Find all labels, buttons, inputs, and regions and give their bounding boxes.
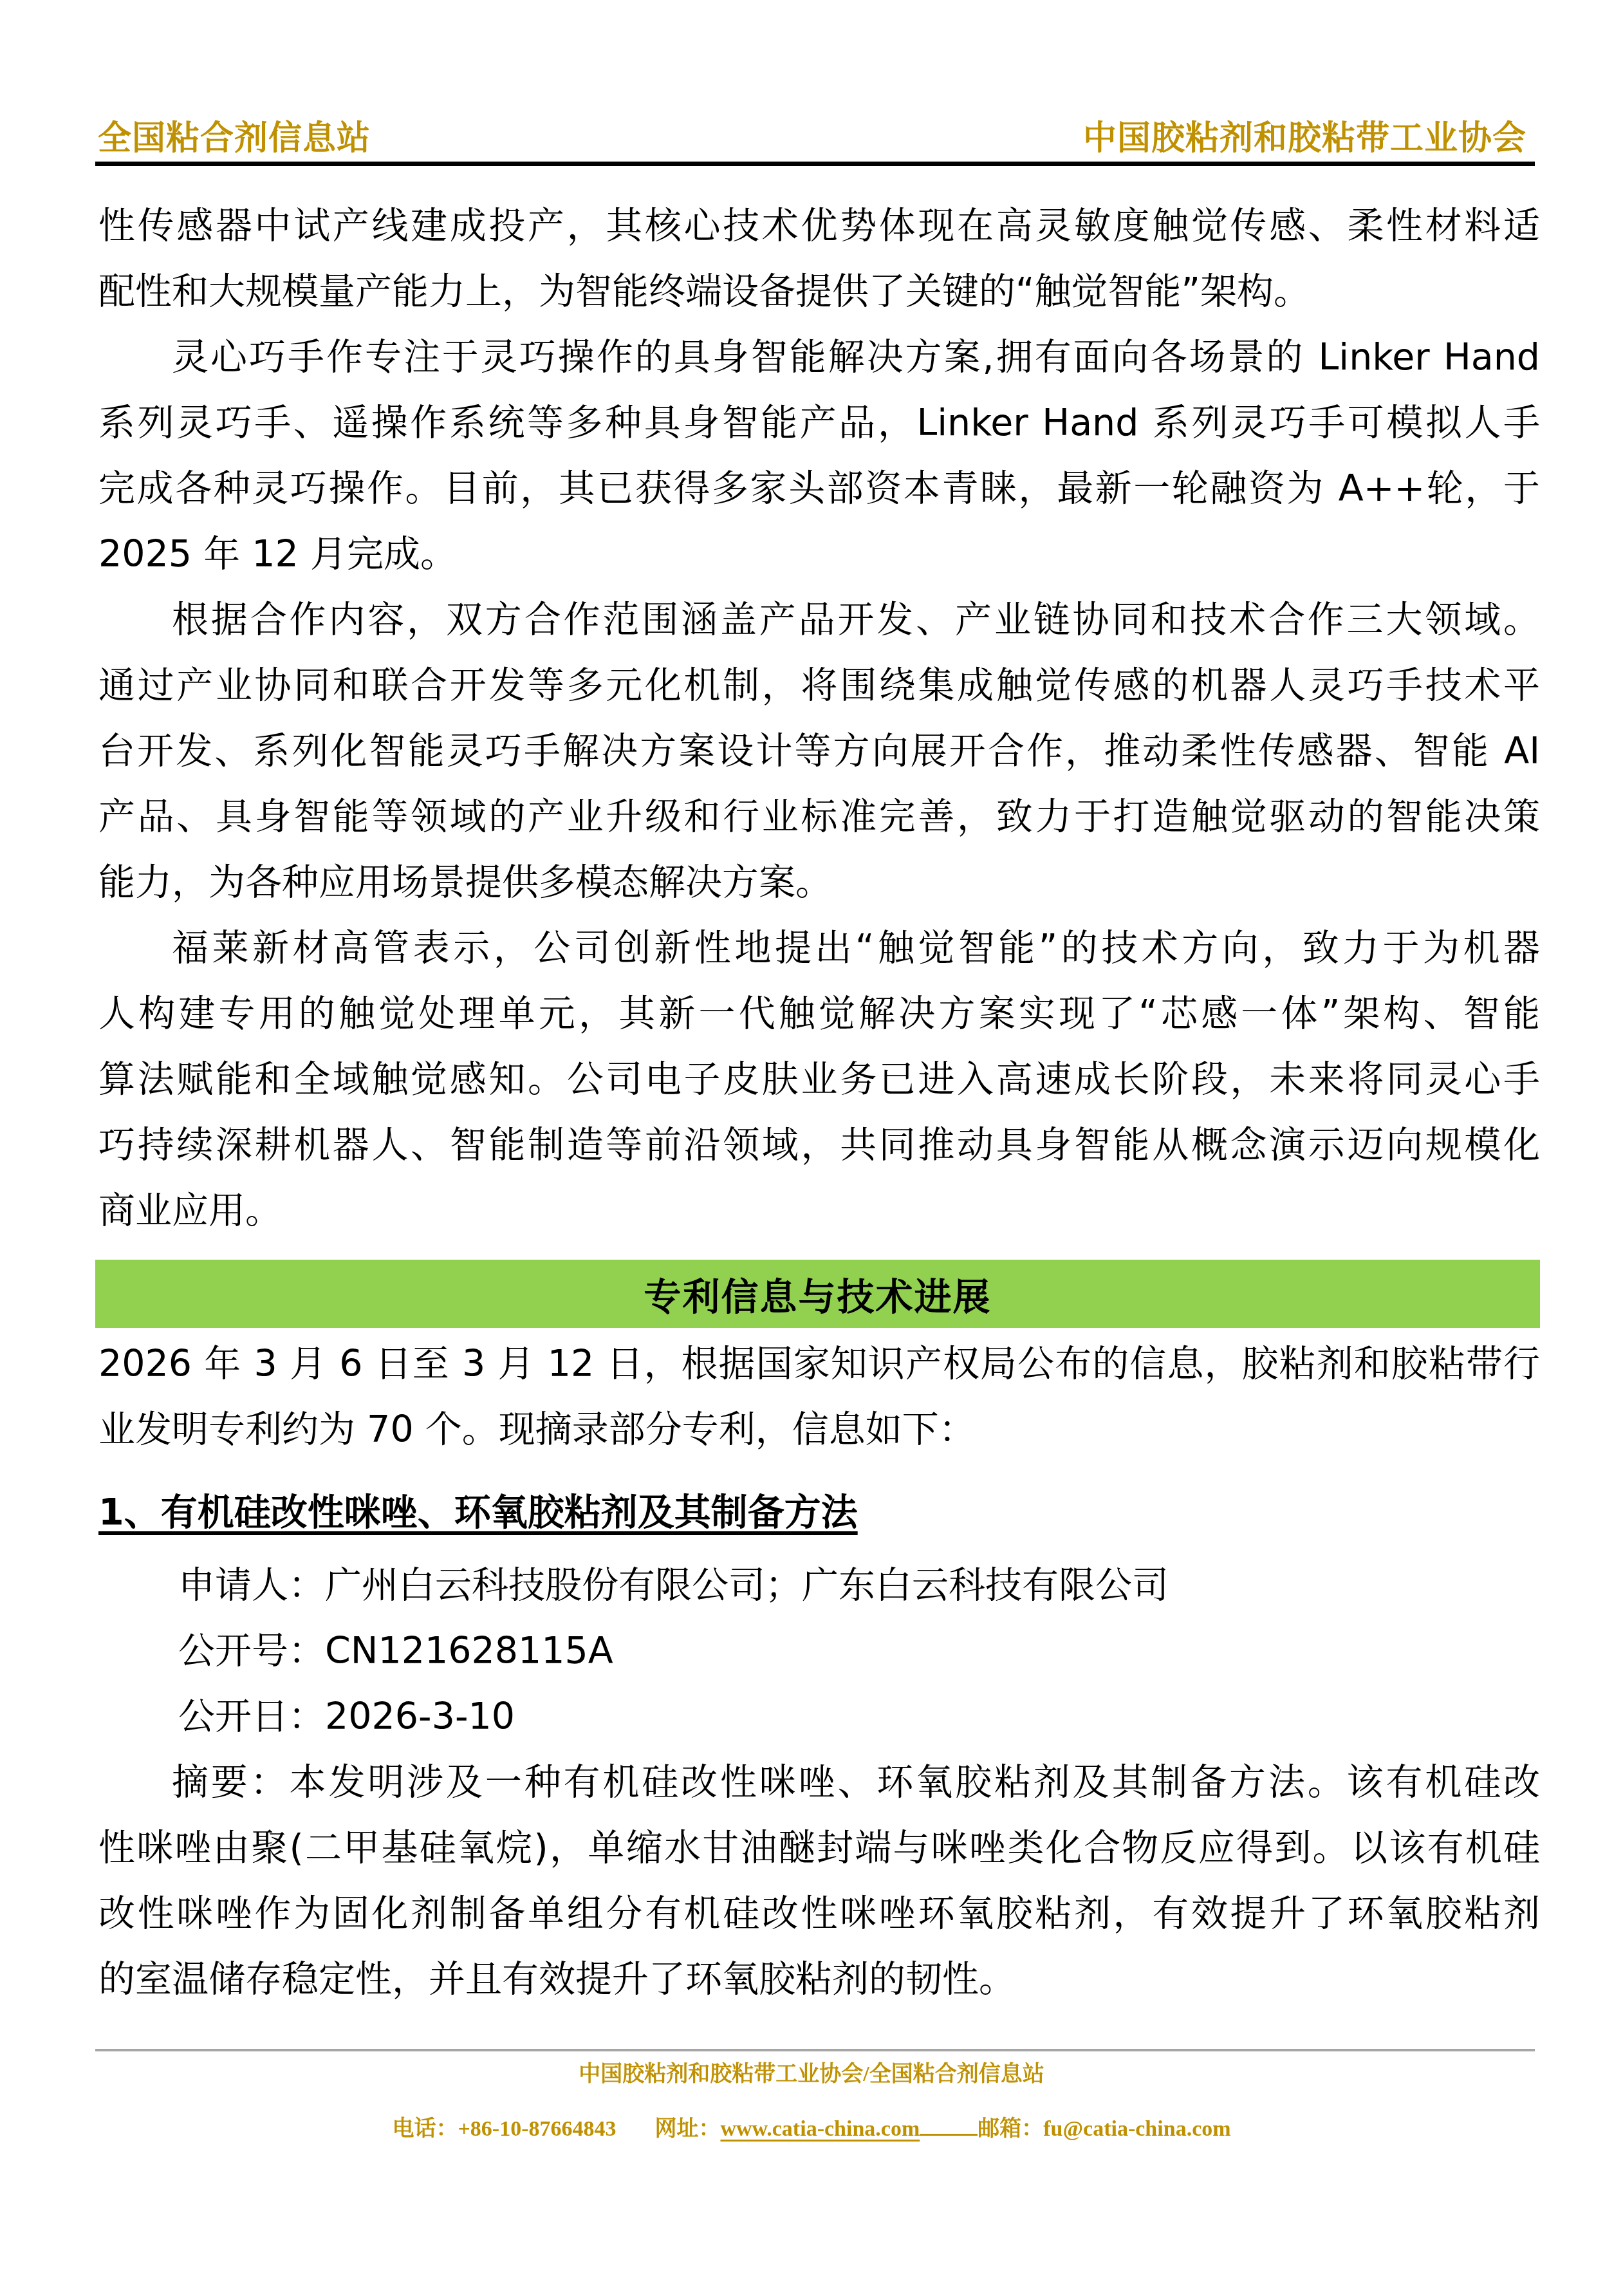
email-label: 邮箱：	[978, 2113, 1043, 2145]
email-value[interactable]: fu@catia-china.com	[1043, 2113, 1230, 2145]
text-line: 通过产业协同和联合开发等多元化机制，将围绕集成触觉传感的机器人灵巧手技术平	[98, 653, 1540, 718]
text-line: 2025 年 12 月完成。	[98, 521, 1540, 587]
patent-details: 申请人：广州白云科技股份有限公司；广东白云科技有限公司 公开号：CN121628…	[98, 1553, 1540, 1750]
header-right-title: 中国胶粘剂和胶粘带工业协会	[1083, 116, 1526, 161]
text-line: 业发明专利约为 70 个。现摘录部分专利，信息如下：	[98, 1397, 1540, 1462]
text-line: 灵心巧手作专注于灵巧操作的具身智能解决方案,拥有面向各场景的 Linker Ha…	[98, 324, 1540, 390]
footer-contact-line: 电话：+86-10-87664843网址：www.catia-china.com…	[0, 2113, 1623, 2145]
pub-no-value: CN121628115A	[325, 1630, 613, 1672]
text-line: 系列灵巧手、遥操作系统等多种具身智能产品，Linker Hand 系列灵巧手可模…	[98, 390, 1540, 456]
pub-date-label: 公开日：	[178, 1695, 325, 1738]
text-line: 算法赋能和全域触觉感知。公司电子皮肤业务已进入高速成长阶段，未来将同灵心手	[98, 1047, 1540, 1112]
patent-publication-date: 公开日：2026-3-10	[98, 1684, 1540, 1750]
header-left-title: 全国粘合剂信息站	[98, 116, 371, 161]
text-line: 摘要：本发明涉及一种有机硅改性咪唑、环氧胶粘剂及其制备方法。该有机硅改	[98, 1750, 1540, 1815]
text-line: 的室温储存稳定性，并且有效提升了环氧胶粘剂的韧性。	[98, 1946, 1540, 2012]
text-line: 产品、具身智能等领域的产业升级和行业标准完善，致力于打造触觉驱动的智能决策	[98, 784, 1540, 850]
link-underline-pad	[920, 2114, 978, 2136]
patent-applicant: 申请人：广州白云科技股份有限公司；广东白云科技有限公司	[98, 1553, 1540, 1618]
text-line: 巧持续深耕机器人、智能制造等前沿领域，共同推动具身智能从概念演示迈向规模化	[98, 1112, 1540, 1178]
pub-no-label: 公开号：	[178, 1630, 325, 1672]
patent-abstract: 摘要：本发明涉及一种有机硅改性咪唑、环氧胶粘剂及其制备方法。该有机硅改 性咪唑由…	[98, 1750, 1540, 2012]
text-line: 根据合作内容，双方合作范围涵盖产品开发、产业链协同和技术合作三大领域。	[98, 587, 1540, 653]
text-line: 人构建专用的触觉处理单元，其新一代触觉解决方案实现了“芯感一体”架构、智能	[98, 981, 1540, 1047]
text-line: 福莱新材高管表示，公司创新性地提出“触觉智能”的技术方向，致力于为机器	[98, 915, 1540, 981]
text-line: 配性和大规模量产能力上，为智能终端设备提供了关键的“触觉智能”架构。	[98, 259, 1540, 324]
website-label: 网址：	[654, 2113, 720, 2145]
footer-org-line: 中国胶粘剂和胶粘带工业协会/全国粘合剂信息站	[0, 2058, 1623, 2091]
text-line: 改性咪唑作为固化剂制备单组分有机硅改性咪唑环氧胶粘剂，有效提升了环氧胶粘剂	[98, 1881, 1540, 1946]
document-page: 全国粘合剂信息站 中国胶粘剂和胶粘带工业协会 性传感器中试产线建成投产，其核心技…	[0, 0, 1623, 2296]
phone-value: +86-10-87664843	[458, 2113, 616, 2145]
patent-title: 1、有机硅改性咪唑、环氧胶粘剂及其制备方法	[98, 1487, 858, 1538]
text-line: 台开发、系列化智能灵巧手解决方案设计等方向展开合作，推动柔性传感器、智能 AI	[98, 718, 1540, 784]
text-line: 能力，为各种应用场景提供多模态解决方案。	[98, 850, 1540, 915]
text-line: 商业应用。	[98, 1178, 1540, 1244]
text-line: 性咪唑由聚(二甲基硅氧烷)，单缩水甘油醚封端与咪唑类化合物反应得到。以该有机硅	[98, 1815, 1540, 1881]
website-link[interactable]: www.catia-china.com	[720, 2117, 920, 2141]
patent-publication-number: 公开号：CN121628115A	[98, 1618, 1540, 1684]
text-line: 完成各种灵巧操作。目前，其已获得多家头部资本青睐，最新一轮融资为 A++轮，于	[98, 456, 1540, 521]
phone-label: 电话：	[392, 2113, 458, 2145]
applicant-label: 申请人：	[178, 1564, 325, 1607]
article-body: 性传感器中试产线建成投产，其核心技术优势体现在高灵敏度触觉传感、柔性材料适 配性…	[98, 193, 1540, 1244]
pub-date-value: 2026-3-10	[325, 1695, 515, 1738]
header-divider	[95, 162, 1535, 166]
section-intro: 2026 年 3 月 6 日至 3 月 12 日，根据国家知识产权局公布的信息，…	[98, 1331, 1540, 1462]
section-header-band: 专利信息与技术进展	[95, 1260, 1540, 1328]
footer-divider	[95, 2049, 1535, 2051]
text-line: 2026 年 3 月 6 日至 3 月 12 日，根据国家知识产权局公布的信息，…	[98, 1331, 1540, 1397]
section-title: 专利信息与技术进展	[644, 1267, 991, 1321]
applicant-value: 广州白云科技股份有限公司；广东白云科技有限公司	[325, 1564, 1169, 1607]
text-line: 性传感器中试产线建成投产，其核心技术优势体现在高灵敏度触觉传感、柔性材料适	[98, 193, 1540, 259]
